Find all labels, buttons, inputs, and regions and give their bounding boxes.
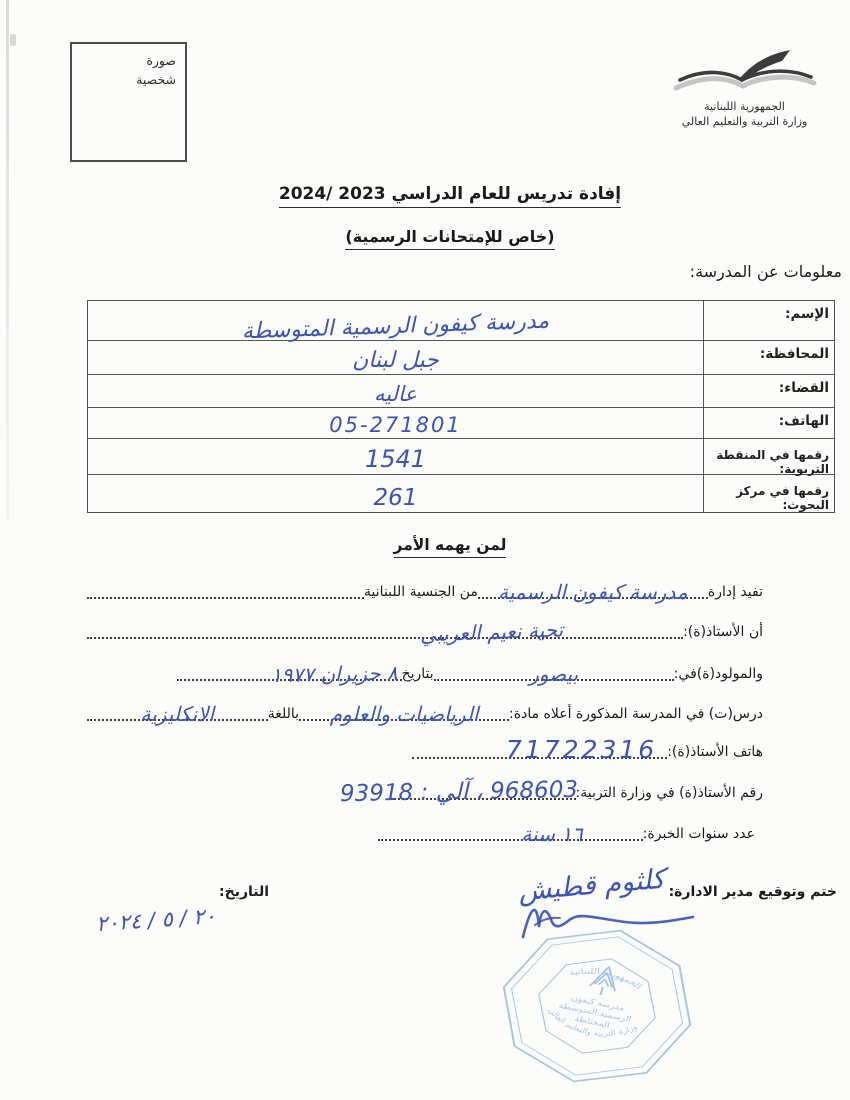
handwritten-research-number: 261 [88,485,703,511]
handwritten-birthplace: بيصور [434,662,674,686]
title-text: إفادة تدريس للعام الدراسي [392,184,622,204]
dotted-leader: ٨ حزيران ١٩٧٧ [177,665,402,681]
row-label: المحافظة: [703,341,834,374]
dotted-leader: بيصور [434,665,674,681]
to-whom-heading: لمن يهمه الأمر [50,536,850,558]
dotted-leader: الانكليزية [87,705,268,721]
table-row-governorate: المحافظة: جبل لبنان [88,340,834,374]
dotted-leader: تحية نعيم العريبي [87,623,683,639]
row-value: 05-271801 [88,408,703,438]
handwritten-birthdate: ٨ حزيران ١٩٧٧ [271,661,398,687]
ministry-name: وزارة التربية والتعليم العالي [652,115,837,130]
school-info-heading: معلومات عن المدرسة: [690,262,842,281]
row-value: جبل لبنان [88,341,703,374]
svg-text:الجمهورية اللبنانية: الجمهورية اللبنانية [566,962,646,993]
handwritten-experience-years: ١٦ سنة [521,822,582,846]
printed-text: من الجنسية اللبنانية [364,582,478,602]
handwritten-zone-number: 1541 [88,445,703,473]
title-year: 2024/ 2023 [279,184,386,204]
handwritten-school-phone: 05-271801 [88,413,703,437]
handwritten-district: عاليه [88,382,703,406]
ministry-logo: الجمهورية اللبنانية وزارة التربية والتعل… [652,50,837,130]
personal-photo-box: صورة شخصية [70,42,187,162]
handwritten-date: ٢٠ / ٥ / ٢٠٢٤ [95,904,216,936]
dotted-leader: ١٦ سنة [378,825,643,841]
table-row-phone: الهاتف: 05-271801 [88,407,834,438]
body-line-experience: عدد سنوات الخبرة: ١٦ سنة [378,820,755,844]
printed-text: أن الأستاذ(ة): [683,622,763,642]
document-title: إفادة تدريس للعام الدراسي 2024/ 2023 [50,184,850,208]
dotted-leader: 968603 ، آلي : 93918 [391,784,576,800]
row-label: القضاء: [703,375,834,407]
handwritten-teacher-name: تحية نعيم العريبي [420,618,564,647]
open-book-logo-icon [652,50,837,100]
handwritten-teacher-phone: 71722316 [506,735,657,764]
printed-text: عدد سنوات الخبرة: [643,824,755,844]
handwritten-subject: الرياضيات والعلوم [299,702,509,726]
printed-text: هاتف الأستاذ(ة): [667,742,763,762]
table-row-name: الإسم: مدرسة كيفون الرسمية المتوسطة [88,301,834,340]
dotted-leader: 71722316 [412,743,667,759]
body-line-subject: درس(ت) في المدرسة المذكورة أعلاه مادة: ا… [87,700,763,724]
table-row-district: القضاء: عاليه [88,374,834,407]
row-label: رقمها في المنقطة التربوية: [703,439,834,474]
handwritten-governorate: جبل لبنان [88,348,703,373]
printed-text: تفيد إدارة [708,582,763,602]
body-line-teacher-phone: هاتف الأستاذ(ة): 71722316 [412,738,763,762]
date-label: التاريخ: [219,884,269,900]
handwritten-language: الانكليزية [87,702,268,726]
dotted-leader: الرياضيات والعلوم [299,705,509,721]
handwritten-school-name-body: مدرسة كيفون الرسمية [478,580,708,604]
body-line-ministry-number: رقم الأستاذ(ة) في وزارة التربية: 968603 … [391,779,763,803]
stamp-top-text: الجمهورية اللبنانية [566,962,646,993]
body-line-teacher-name: أن الأستاذ(ة): تحية نعيم العريبي [87,618,763,642]
row-value: عاليه [88,375,703,407]
printed-text: بتاريخ [402,664,434,684]
official-octagon-stamp-icon: الجمهورية اللبنانية وزارة التربية والتعل… [497,925,697,1091]
government-name: الجمهورية اللبنانية [652,100,837,115]
printed-text: رقم الأستاذ(ة) في وزارة التربية: [576,783,763,803]
row-label: الهاتف: [703,408,834,438]
row-value: 1541 [88,439,703,474]
photo-box-line2: شخصية [81,70,176,89]
dotted-leader: مدرسة كيفون الرسمية [478,583,708,599]
scan-smudge-artifact [10,34,16,46]
row-label: الإسم: [703,301,834,340]
school-info-table: الإسم: مدرسة كيفون الرسمية المتوسطة المح… [87,300,835,513]
photo-box-line1: صورة [81,51,176,70]
scanned-teaching-certificate: صورة شخصية الجمهورية اللبنانية وزارة الت… [0,0,850,1100]
body-line-administration: تفيد إدارة مدرسة كيفون الرسمية من الجنسي… [87,578,763,602]
row-label: رقمها في مركز البحوث: [703,475,834,512]
table-row-zone-number: رقمها في المنقطة التربوية: 1541 [88,438,834,474]
body-line-birth: والمولود(ة)في: بيصور بتاريخ ٨ حزيران ١٩٧… [87,660,763,684]
printed-text: والمولود(ة)في: [674,664,763,684]
scan-edge-artifact [6,0,9,520]
dotted-leader [87,583,364,599]
row-value: 261 [88,475,703,512]
handwritten-ministry-number: 968603 ، آلي : 93918 [339,777,577,807]
printed-text: درس(ت) في المدرسة المذكورة أعلاه مادة: [509,704,763,724]
table-row-research-number: رقمها في مركز البحوث: 261 [88,474,834,512]
document-subtitle: (خاص للإمتحانات الرسمية) [50,227,850,250]
printed-text: باللغة [268,704,299,724]
row-value: مدرسة كيفون الرسمية المتوسطة [88,301,703,340]
